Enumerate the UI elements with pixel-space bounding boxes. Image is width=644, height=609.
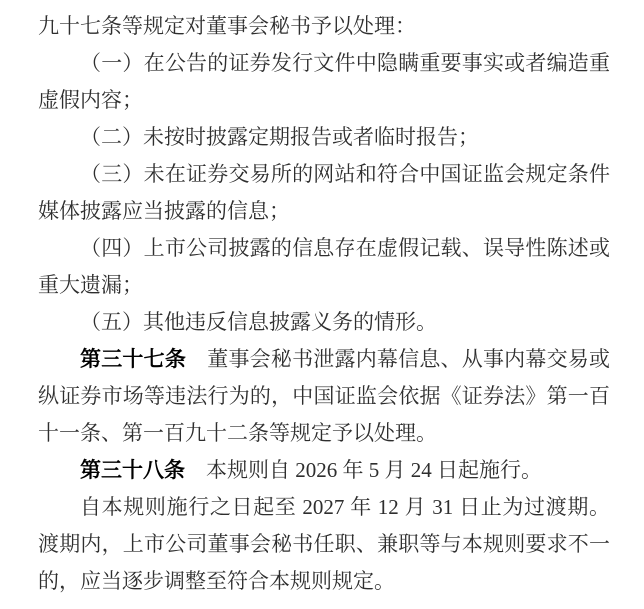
text-line: 九十七条等规定对董事会秘书予以处理： [38, 8, 610, 45]
text-segment: （五）其他违反信息披露义务的情形。 [80, 310, 437, 334]
text-segment: （四）上市公司披露的信息存在虚假记载、误导性陈述或者 [80, 236, 610, 267]
text-segment: 纵证券市场等违法行为的，中国证监会依据《证券法》第一百九 [38, 384, 610, 415]
text-line: 渡期内，上市公司董事会秘书任职、兼职等与本规则要求不一致 [38, 526, 610, 563]
text-segment: （三）未在证券交易所的网站和符合中国证监会规定条件的 [80, 162, 610, 193]
text-segment: 十一条、第一百九十二条等规定予以处理。 [38, 421, 437, 445]
text-line: 第三十七条 董事会秘书泄露内幕信息、从事内幕交易或操 [38, 341, 610, 378]
text-line: 重大遗漏； [38, 267, 610, 304]
text-line: （四）上市公司披露的信息存在虚假记载、误导性陈述或者 [38, 230, 610, 267]
text-line: 自本规则施行之日起至 2027 年 12 月 31 日止为过渡期。过 [38, 489, 610, 526]
text-segment: 九十七条等规定对董事会秘书予以处理： [38, 14, 416, 38]
article-number: 第三十七条 [80, 347, 186, 371]
article-number: 第三十八条 [80, 458, 185, 482]
text-segment: 自本规则施行之日起至 2027 年 12 月 31 日止为过渡期。过 [80, 495, 610, 526]
text-line: （一）在公告的证券发行文件中隐瞒重要事实或者编造重大 [38, 45, 610, 82]
text-line: （五）其他违反信息披露义务的情形。 [38, 304, 610, 341]
text-segment: 本规则自 2026 年 5 月 24 日起施行。 [185, 458, 542, 482]
text-line: 十一条、第一百九十二条等规定予以处理。 [38, 415, 610, 452]
text-line: （三）未在证券交易所的网站和符合中国证监会规定条件的 [38, 156, 610, 193]
text-line: （二）未按时披露定期报告或者临时报告； [38, 119, 610, 156]
text-line: 纵证券市场等违法行为的，中国证监会依据《证券法》第一百九 [38, 378, 610, 415]
text-line: 的，应当逐步调整至符合本规则规定。 [38, 563, 610, 600]
text-line: 虚假内容； [38, 82, 610, 119]
text-segment: 重大遗漏； [38, 273, 143, 297]
text-line: 第三十八条 本规则自 2026 年 5 月 24 日起施行。 [38, 452, 610, 489]
text-segment: 虚假内容； [38, 88, 143, 112]
text-segment: 的，应当逐步调整至符合本规则规定。 [38, 569, 395, 593]
text-segment: 媒体披露应当披露的信息； [38, 199, 290, 223]
text-segment: （一）在公告的证券发行文件中隐瞒重要事实或者编造重大 [80, 51, 610, 82]
text-line: 媒体披露应当披露的信息； [38, 193, 610, 230]
document-body: 九十七条等规定对董事会秘书予以处理：（一）在公告的证券发行文件中隐瞒重要事实或者… [38, 8, 610, 600]
document-page: 九十七条等规定对董事会秘书予以处理：（一）在公告的证券发行文件中隐瞒重要事实或者… [0, 0, 644, 609]
text-segment: 渡期内，上市公司董事会秘书任职、兼职等与本规则要求不一致 [38, 532, 610, 563]
text-segment: （二）未按时披露定期报告或者临时报告； [80, 125, 479, 149]
